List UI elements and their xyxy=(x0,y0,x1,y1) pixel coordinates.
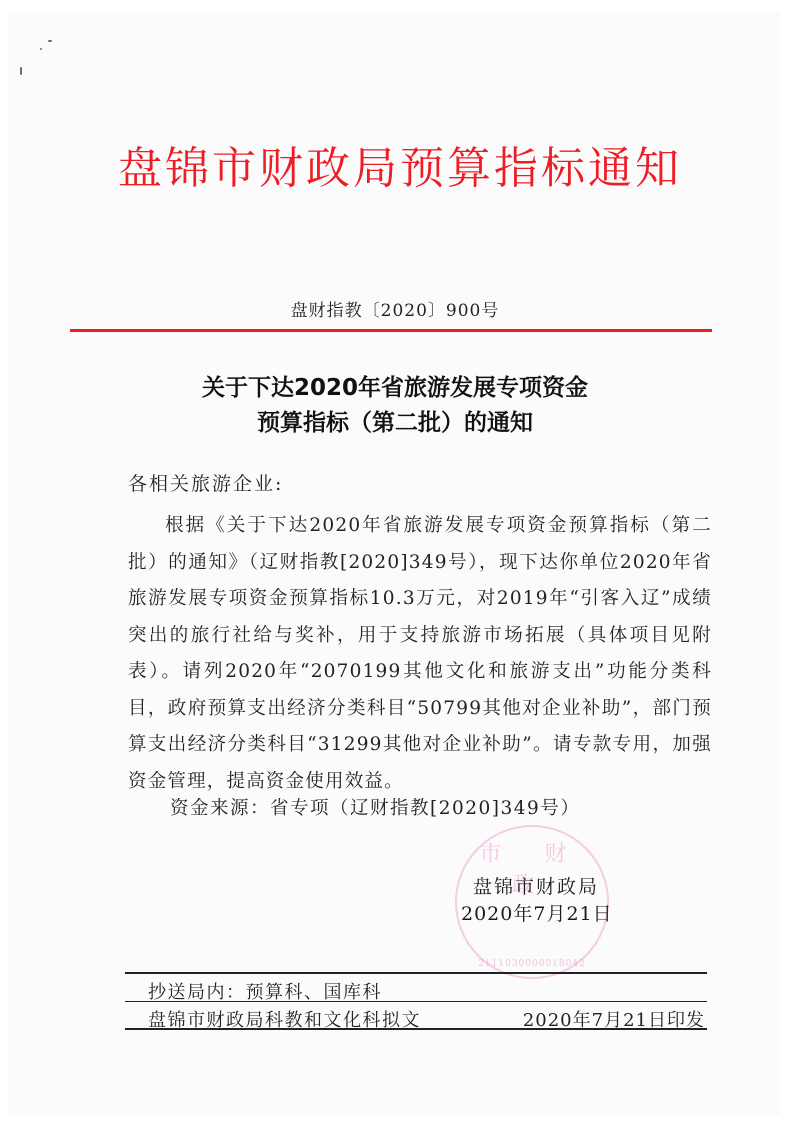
seal-code: 2111030000018042 xyxy=(457,959,607,969)
notice-title-line-2: 预算指标（第二批）的通知 xyxy=(0,406,790,441)
scan-artifact xyxy=(36,32,66,82)
signature-date: 2020年7月21日 xyxy=(461,899,613,926)
footer-rule-bottom xyxy=(125,1028,707,1030)
salutation: 各相关旅游企业: xyxy=(128,469,283,496)
footer-rule-top xyxy=(125,972,707,974)
red-divider xyxy=(70,329,712,332)
notice-title-line-1: 关于下达2020年省旅游发展专项资金 xyxy=(0,371,790,406)
fund-source: 资金来源：省专项（辽财指教[2020]349号） xyxy=(170,794,580,820)
footer-rule-middle xyxy=(125,1001,707,1002)
document-number: 盘财指教〔2020〕900号 xyxy=(0,296,790,321)
signature-org: 盘锦市财政局 xyxy=(473,872,599,899)
document-header-title: 盘锦市财政局预算指标通知 xyxy=(110,132,690,196)
notice-title: 关于下达2020年省旅游发展专项资金 预算指标（第二批）的通知 xyxy=(0,371,790,441)
notice-body: 根据《关于下达2020年省旅游发展专项资金预算指标（第二批）的通知》（辽财指教[… xyxy=(128,508,712,800)
